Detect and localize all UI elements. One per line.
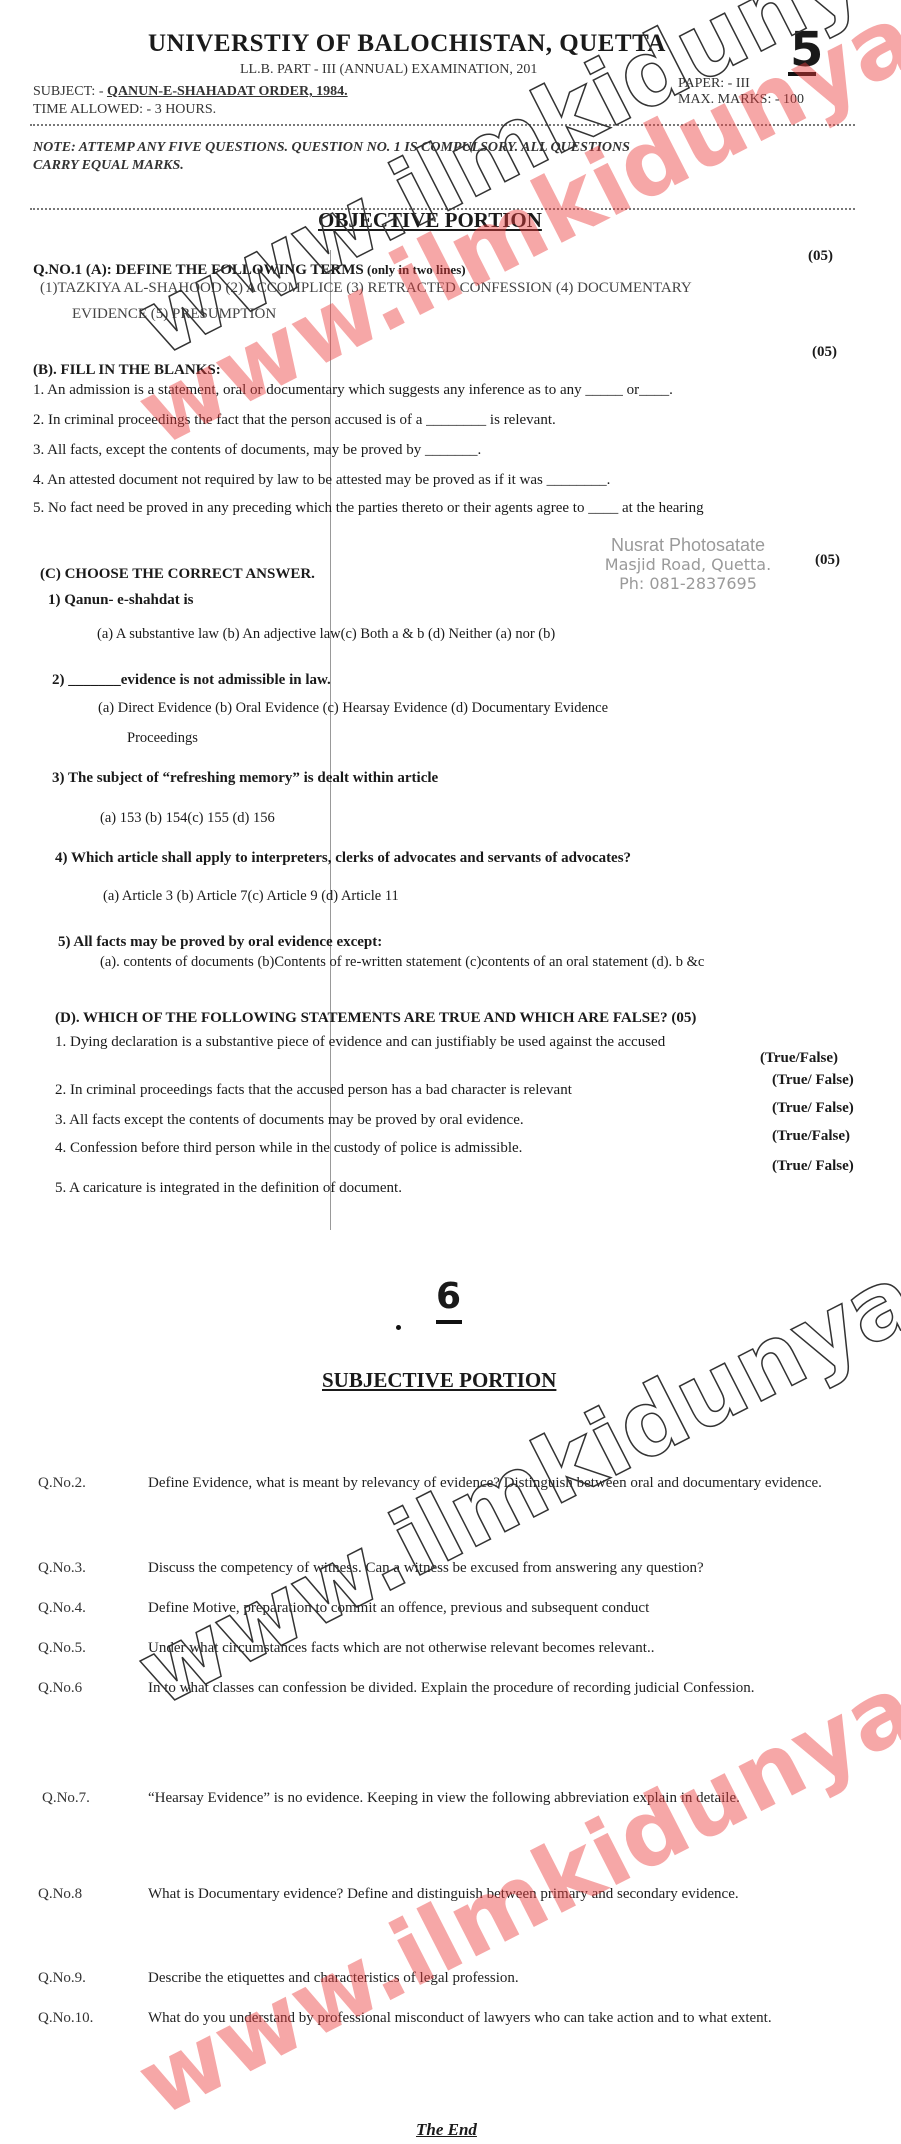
question-text: Under what circumstances facts which are… bbox=[148, 1629, 901, 1667]
q1a-heading-suffix: (only in two lines) bbox=[364, 262, 466, 277]
question-text: What do you understand by professional m… bbox=[148, 1999, 888, 2037]
question-number: Q.No.5. bbox=[38, 1640, 86, 1657]
the-end-label: The End bbox=[416, 2120, 477, 2140]
subjective-portion-title: SUBJECTIVE PORTION bbox=[322, 1368, 556, 1393]
exam-line: LL.B. PART - III (ANNUAL) EXAMINATION, 2… bbox=[240, 62, 537, 78]
paper-number: PAPER: - III bbox=[678, 76, 750, 92]
fill-blank-item: 2. In criminal proceedings the fact that… bbox=[33, 412, 556, 429]
true-false-item: 3. All facts except the contents of docu… bbox=[55, 1112, 524, 1129]
question-number: Q.No.3. bbox=[38, 1560, 86, 1577]
mcq-question: 4) Which article shall apply to interpre… bbox=[55, 850, 631, 867]
q1a-heading: Q.NO.1 (A): DEFINE THE FOLLOWING TERMS (… bbox=[33, 262, 466, 279]
fill-blank-item: 3. All facts, except the contents of doc… bbox=[33, 442, 481, 459]
fill-blank-item: 5. No fact need be proved in any precedi… bbox=[33, 500, 704, 517]
question-text: “Hearsay Evidence” is no evidence. Keepi… bbox=[148, 1779, 901, 1817]
q1a-terms: (1)TAZKIYA AL-SHAHOOD (2) ACCOMPLICE (3)… bbox=[40, 280, 692, 297]
true-false-choice: (True/ False) bbox=[772, 1072, 854, 1089]
photostat-stamp: Nusrat Photosatate Masjid Road, Quetta. … bbox=[598, 536, 778, 593]
dotted-divider bbox=[30, 124, 855, 126]
true-false-item: 5. A caricature is integrated in the def… bbox=[55, 1180, 402, 1197]
instructions-note-line2: CARRY EQUAL MARKS. bbox=[33, 158, 184, 174]
question-number: Q.No.4. bbox=[38, 1600, 86, 1617]
q1a-marks: (05) bbox=[808, 248, 833, 265]
true-false-item: 2. In criminal proceedings facts that th… bbox=[55, 1082, 572, 1099]
fill-blank-item: 4. An attested document not required by … bbox=[33, 472, 610, 489]
mcq-question: 5) All facts may be proved by oral evide… bbox=[58, 934, 382, 951]
stamp-line-2: Masjid Road, Quetta. bbox=[598, 555, 778, 574]
mcq-options: (a) 153 (b) 154(c) 155 (d) 156 bbox=[100, 810, 275, 827]
question-number: Q.No.7. bbox=[42, 1790, 90, 1807]
q1a-heading-text: Q.NO.1 (A): DEFINE THE FOLLOWING TERMS bbox=[33, 262, 364, 278]
stamp-line-1: Nusrat Photosatate bbox=[598, 536, 778, 555]
question-number: Q.No.10. bbox=[38, 2010, 93, 2027]
question-number: Q.No.2. bbox=[38, 1475, 86, 1492]
stamp-line-3: Ph: 081-2837695 bbox=[598, 574, 778, 593]
mcq-question: 3) The subject of “refreshing memory” is… bbox=[52, 770, 438, 787]
fill-blank-item: 1. An admission is a statement, oral or … bbox=[33, 382, 673, 399]
mcq-question: 1) Qanun- e-shahdat is bbox=[48, 592, 193, 609]
q1b-heading: (B). FILL IN THE BLANKS: bbox=[33, 362, 221, 379]
q1b-marks: (05) bbox=[812, 344, 837, 361]
question-text: What is Documentary evidence? Define and… bbox=[148, 1875, 848, 1913]
mcq-options: (a). contents of documents (b)Contents o… bbox=[100, 954, 704, 971]
question-text: Discuss the competency of witness. Can a… bbox=[148, 1549, 901, 1587]
true-false-choice: (True/ False) bbox=[772, 1158, 854, 1175]
question-text: Define Evidence, what is meant by releva… bbox=[148, 1464, 901, 1502]
mcq-options-line2: Proceedings bbox=[127, 730, 198, 747]
mcq-question: 2) _______evidence is not admissible in … bbox=[52, 672, 331, 689]
max-marks: MAX. MARKS: - 100 bbox=[678, 92, 804, 108]
subject-label: SUBJECT: - bbox=[33, 84, 107, 99]
true-false-choice: (True/False) bbox=[760, 1050, 838, 1067]
true-false-item: 1. Dying declaration is a substantive pi… bbox=[55, 1034, 665, 1051]
subject-line: SUBJECT: - QANUN-E-SHAHADAT ORDER, 1984. bbox=[33, 84, 348, 100]
objective-portion-title: OBJECTIVE PORTION bbox=[318, 208, 542, 233]
q1a-terms-line2: EVIDENCE (5) PRESUMPTION bbox=[72, 306, 276, 323]
question-number: Q.No.6 bbox=[38, 1680, 82, 1697]
q1c-heading: (C) CHOOSE THE CORRECT ANSWER. bbox=[40, 566, 315, 583]
question-number: Q.No.8 bbox=[38, 1886, 82, 1903]
question-text: Describe the etiquettes and characterist… bbox=[148, 1959, 901, 1997]
q1c-marks: (05) bbox=[815, 552, 840, 569]
time-allowed: TIME ALLOWED: - 3 HOURS. bbox=[33, 102, 216, 118]
handwritten-underline-2 bbox=[436, 1320, 462, 1324]
mcq-options: (a) Article 3 (b) Article 7(c) Article 9… bbox=[103, 888, 399, 905]
mcq-options: (a) A substantive law (b) An adjective l… bbox=[97, 626, 555, 643]
mcq-options: (a) Direct Evidence (b) Oral Evidence (c… bbox=[98, 700, 608, 717]
subject-name: QANUN-E-SHAHADAT ORDER, 1984. bbox=[107, 84, 348, 99]
question-number: Q.No.9. bbox=[38, 1970, 86, 1987]
question-text: Define Motive, preparation to commit an … bbox=[148, 1589, 901, 1627]
true-false-choice: (True/False) bbox=[772, 1128, 850, 1145]
handwritten-page-number: 5 bbox=[790, 22, 823, 78]
handwritten-page-number-2: 6 bbox=[436, 1276, 461, 1317]
handwritten-underline bbox=[788, 72, 816, 76]
true-false-choice: (True/ False) bbox=[772, 1100, 854, 1117]
true-false-item: 4. Confession before third person while … bbox=[55, 1140, 522, 1157]
university-title: UNIVERSTIY OF BALOCHISTAN, QUETTA bbox=[148, 30, 666, 58]
question-text: In to what classes can confession be div… bbox=[148, 1669, 848, 1707]
q1d-heading: (D). WHICH OF THE FOLLOWING STATEMENTS A… bbox=[55, 1010, 696, 1027]
instructions-note: NOTE: ATTEMP ANY FIVE QUESTIONS. QUESTIO… bbox=[33, 140, 630, 156]
ink-dot bbox=[396, 1325, 401, 1330]
